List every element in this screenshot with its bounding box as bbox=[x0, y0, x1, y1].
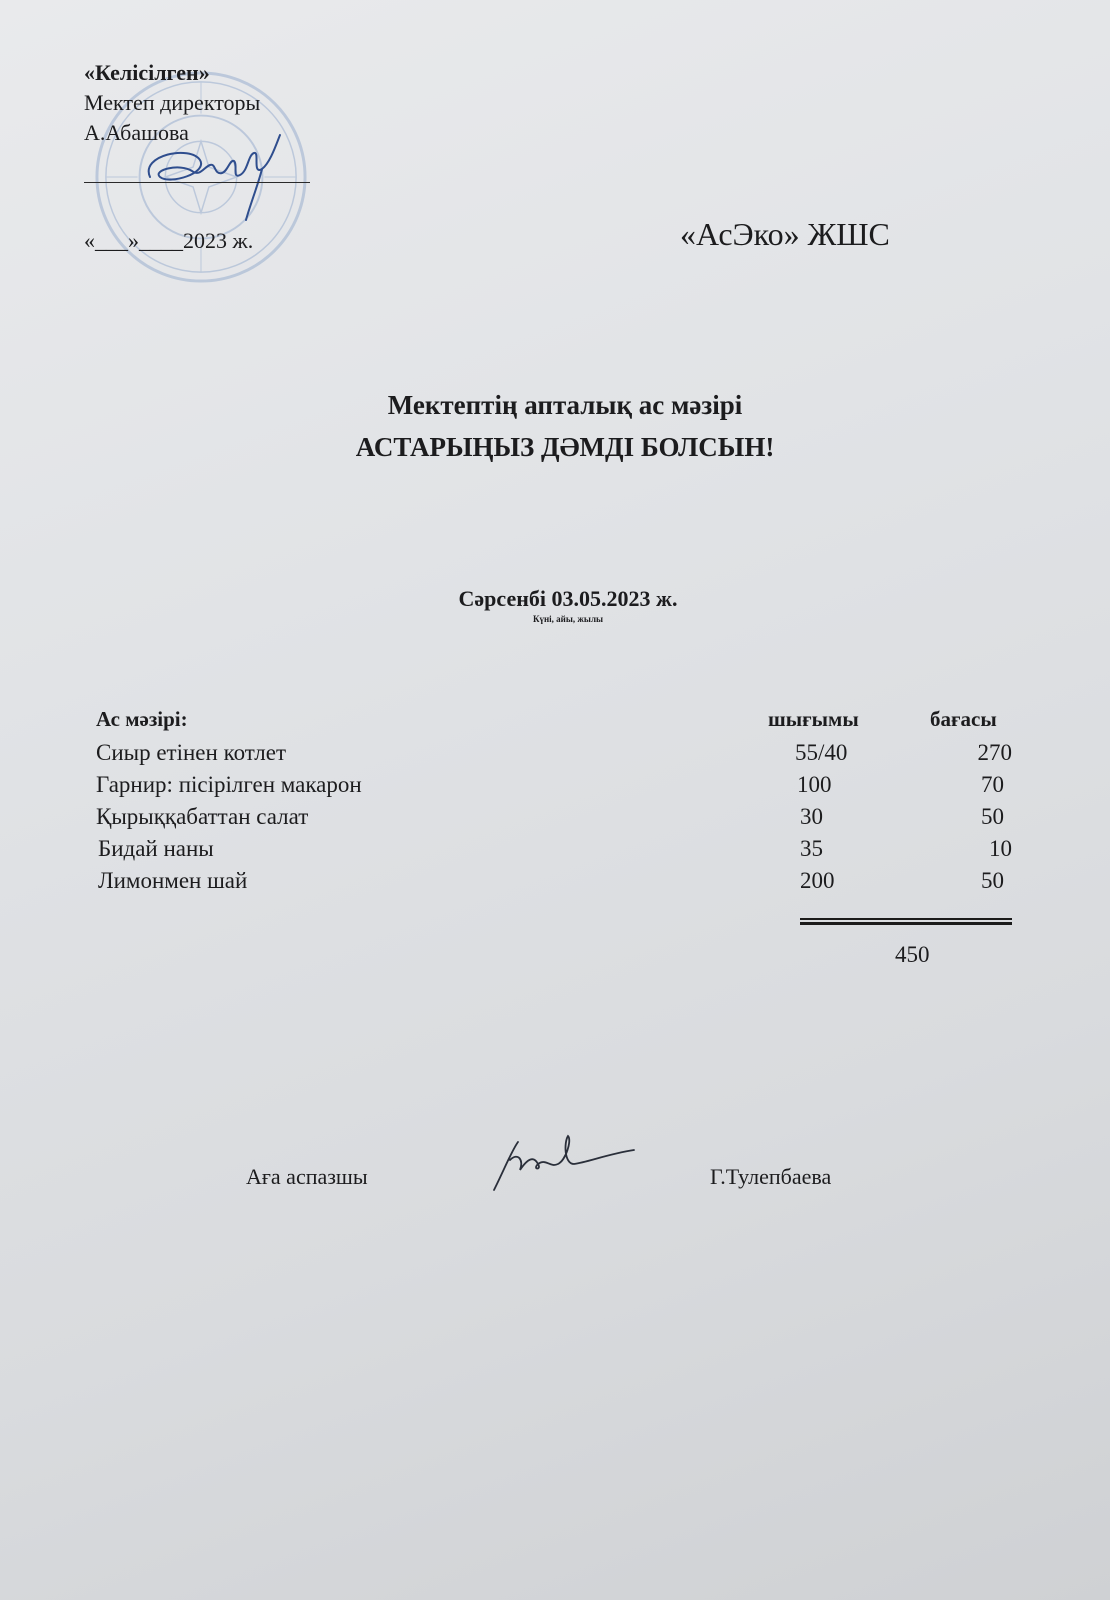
menu-item-price: 10 bbox=[932, 836, 1012, 862]
menu-item-name: Қырыққабаттан салат bbox=[96, 804, 308, 830]
menu-item-price: 50 bbox=[924, 804, 1004, 830]
approval-signature-line bbox=[84, 182, 310, 183]
signoff-role: Аға аспазшы bbox=[246, 1164, 368, 1190]
menu-item-name: Лимонмен шай bbox=[98, 868, 247, 894]
cook-signature-icon bbox=[488, 1130, 638, 1200]
menu-item-yield: 30 bbox=[800, 804, 823, 830]
approval-role: Мектеп директоры bbox=[84, 90, 260, 116]
menu-item-yield: 100 bbox=[797, 772, 832, 798]
menu-item-name: Сиыр етінен котлет bbox=[96, 740, 286, 766]
column-header-yield: шығымы bbox=[768, 707, 859, 732]
menu-item-price: 70 bbox=[924, 772, 1004, 798]
menu-item-yield: 200 bbox=[800, 868, 835, 894]
menu-slogan: АСТАРЫҢЫЗ ДӘМДІ БОЛСЫН! bbox=[0, 432, 1110, 463]
director-signature-icon bbox=[130, 115, 290, 225]
menu-item-name: Бидай наны bbox=[98, 836, 214, 862]
company-name: «АсЭко» ЖШС bbox=[680, 216, 890, 253]
signoff-name: Г.Тулепбаева bbox=[710, 1164, 831, 1190]
menu-total: 450 bbox=[895, 942, 930, 968]
menu-item-name: Гарнир: пісірілген макарон bbox=[96, 772, 362, 798]
menu-header: Ас мәзірі: bbox=[96, 707, 188, 732]
approval-title: «Келісілген» bbox=[84, 60, 210, 86]
menu-date: Сәрсенбі 03.05.2023 ж. bbox=[0, 586, 1110, 612]
menu-item-yield: 35 bbox=[800, 836, 823, 862]
date-hint: Күні, айы, жылы bbox=[0, 614, 1110, 624]
menu-item-price: 50 bbox=[924, 868, 1004, 894]
menu-title: Мектептің апталық ас мәзірі bbox=[0, 390, 1110, 421]
menu-item-yield: 55/40 bbox=[795, 740, 847, 766]
approval-date: «___»____2023 ж. bbox=[84, 228, 253, 254]
menu-item-price: 270 bbox=[932, 740, 1012, 766]
total-double-rule bbox=[800, 918, 1012, 925]
column-header-price: бағасы bbox=[930, 707, 997, 732]
